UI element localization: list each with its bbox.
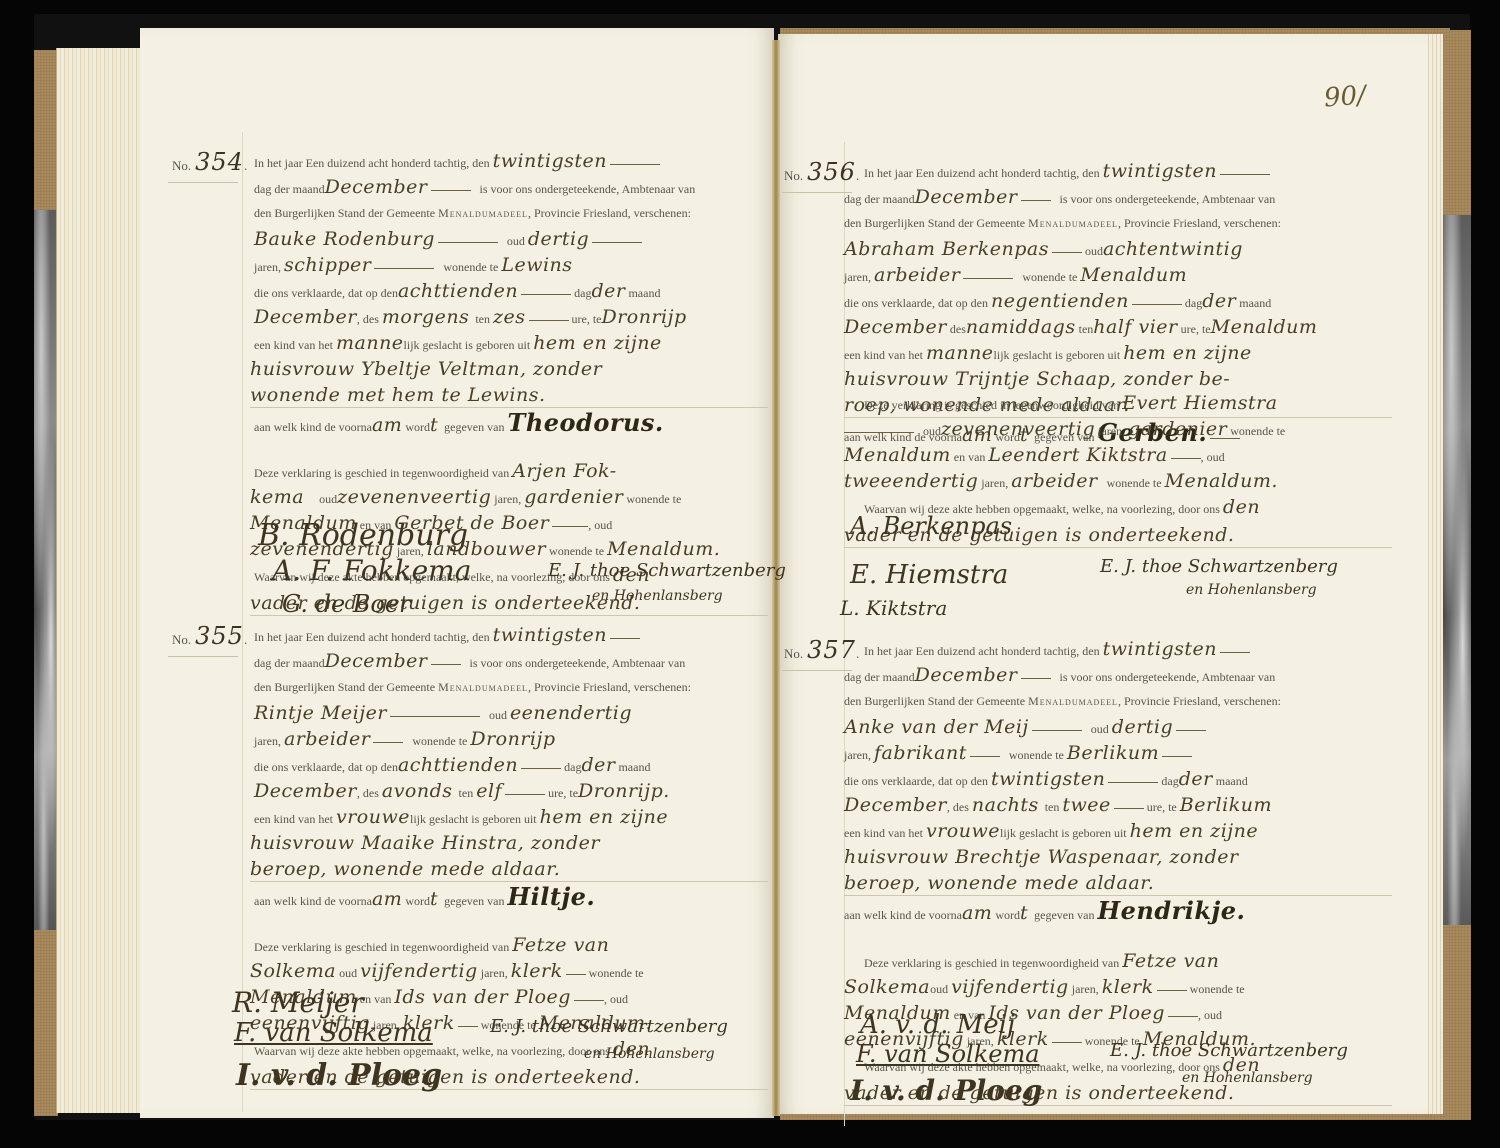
- signature-registrar: E. J. thoe Schwartzenberg: [1100, 556, 1338, 577]
- signature-declarant: A. v. d. Meij: [860, 1010, 1015, 1040]
- signature-registrar-2: en Hohenlansberg: [1186, 582, 1317, 598]
- signature-witness-1: E. Hiemstra: [850, 560, 1008, 590]
- signature-witness-1: F. van Solkema: [234, 1018, 433, 1048]
- marbled-board-left: [34, 210, 58, 930]
- signature-declarant: A. Berkenpas: [850, 512, 1012, 540]
- child-name: Hiltje.: [507, 882, 595, 911]
- cloth-corner-right-top: [1443, 30, 1471, 230]
- marbled-board-right: [1443, 215, 1471, 935]
- signature-registrar: E. J. thoe Schwartzenberg: [548, 560, 786, 581]
- signature-witness-1: A. F. Fokkema: [272, 554, 471, 587]
- cloth-corner-right-bottom: [1443, 925, 1471, 1120]
- signature-registrar-2: en Hohenlansberg: [584, 1046, 715, 1062]
- child-name: Hendrikje.: [1097, 896, 1245, 925]
- signature-witness-2: I. v. d. Ploeg: [236, 1058, 442, 1093]
- signature-witness-2: G. de Boer: [282, 590, 411, 618]
- birth-record-356-witnesses: Deze verklaring is geschied in tegenwoor…: [782, 390, 1402, 520]
- signature-declarant: R. Meijer: [232, 986, 364, 1019]
- signature-registrar-2: en Hohenlansberg: [1182, 1070, 1313, 1086]
- record-number: No.354.: [172, 148, 247, 176]
- signature-registrar: E. J. thoe Schwartzenberg: [490, 1016, 728, 1037]
- signature-witness-2: L. Kiktstra: [840, 596, 947, 620]
- record-number: No.355.: [172, 622, 247, 650]
- child-name: Theodorus.: [507, 408, 663, 437]
- record-number: No.356.: [784, 158, 859, 186]
- signature-witness-1: F. van Solkema: [856, 1040, 1040, 1068]
- signature-registrar-2: en Hohenlansberg: [592, 588, 723, 604]
- record-number: No.357.: [784, 636, 859, 664]
- page-stack-left: [56, 48, 142, 1113]
- folio-number: 90/: [1323, 81, 1367, 114]
- signature-witness-2: I. v. d. Ploeg: [850, 1074, 1042, 1107]
- signature-declarant: B. Rodenburg: [258, 518, 468, 553]
- signature-registrar: E. J. thoe Schwartzenberg: [1110, 1040, 1348, 1061]
